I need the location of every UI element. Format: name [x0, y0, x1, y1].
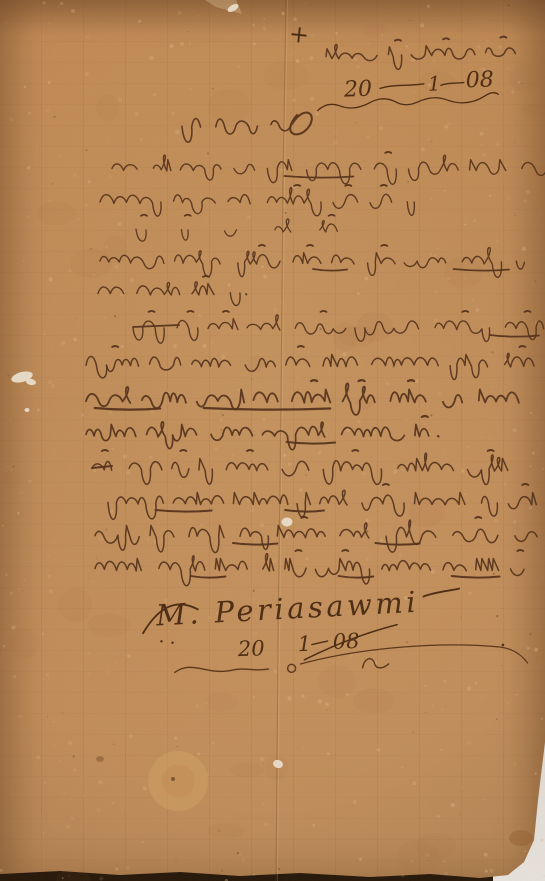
- light-fleck: [62, 877, 64, 879]
- light-fleck: [69, 875, 70, 876]
- scanned-letter-photo: + 20 1 08 M. Periasawmi 20 1 08: [0, 0, 545, 881]
- light-fleck: [99, 876, 103, 880]
- paper-sheet: [0, 0, 545, 881]
